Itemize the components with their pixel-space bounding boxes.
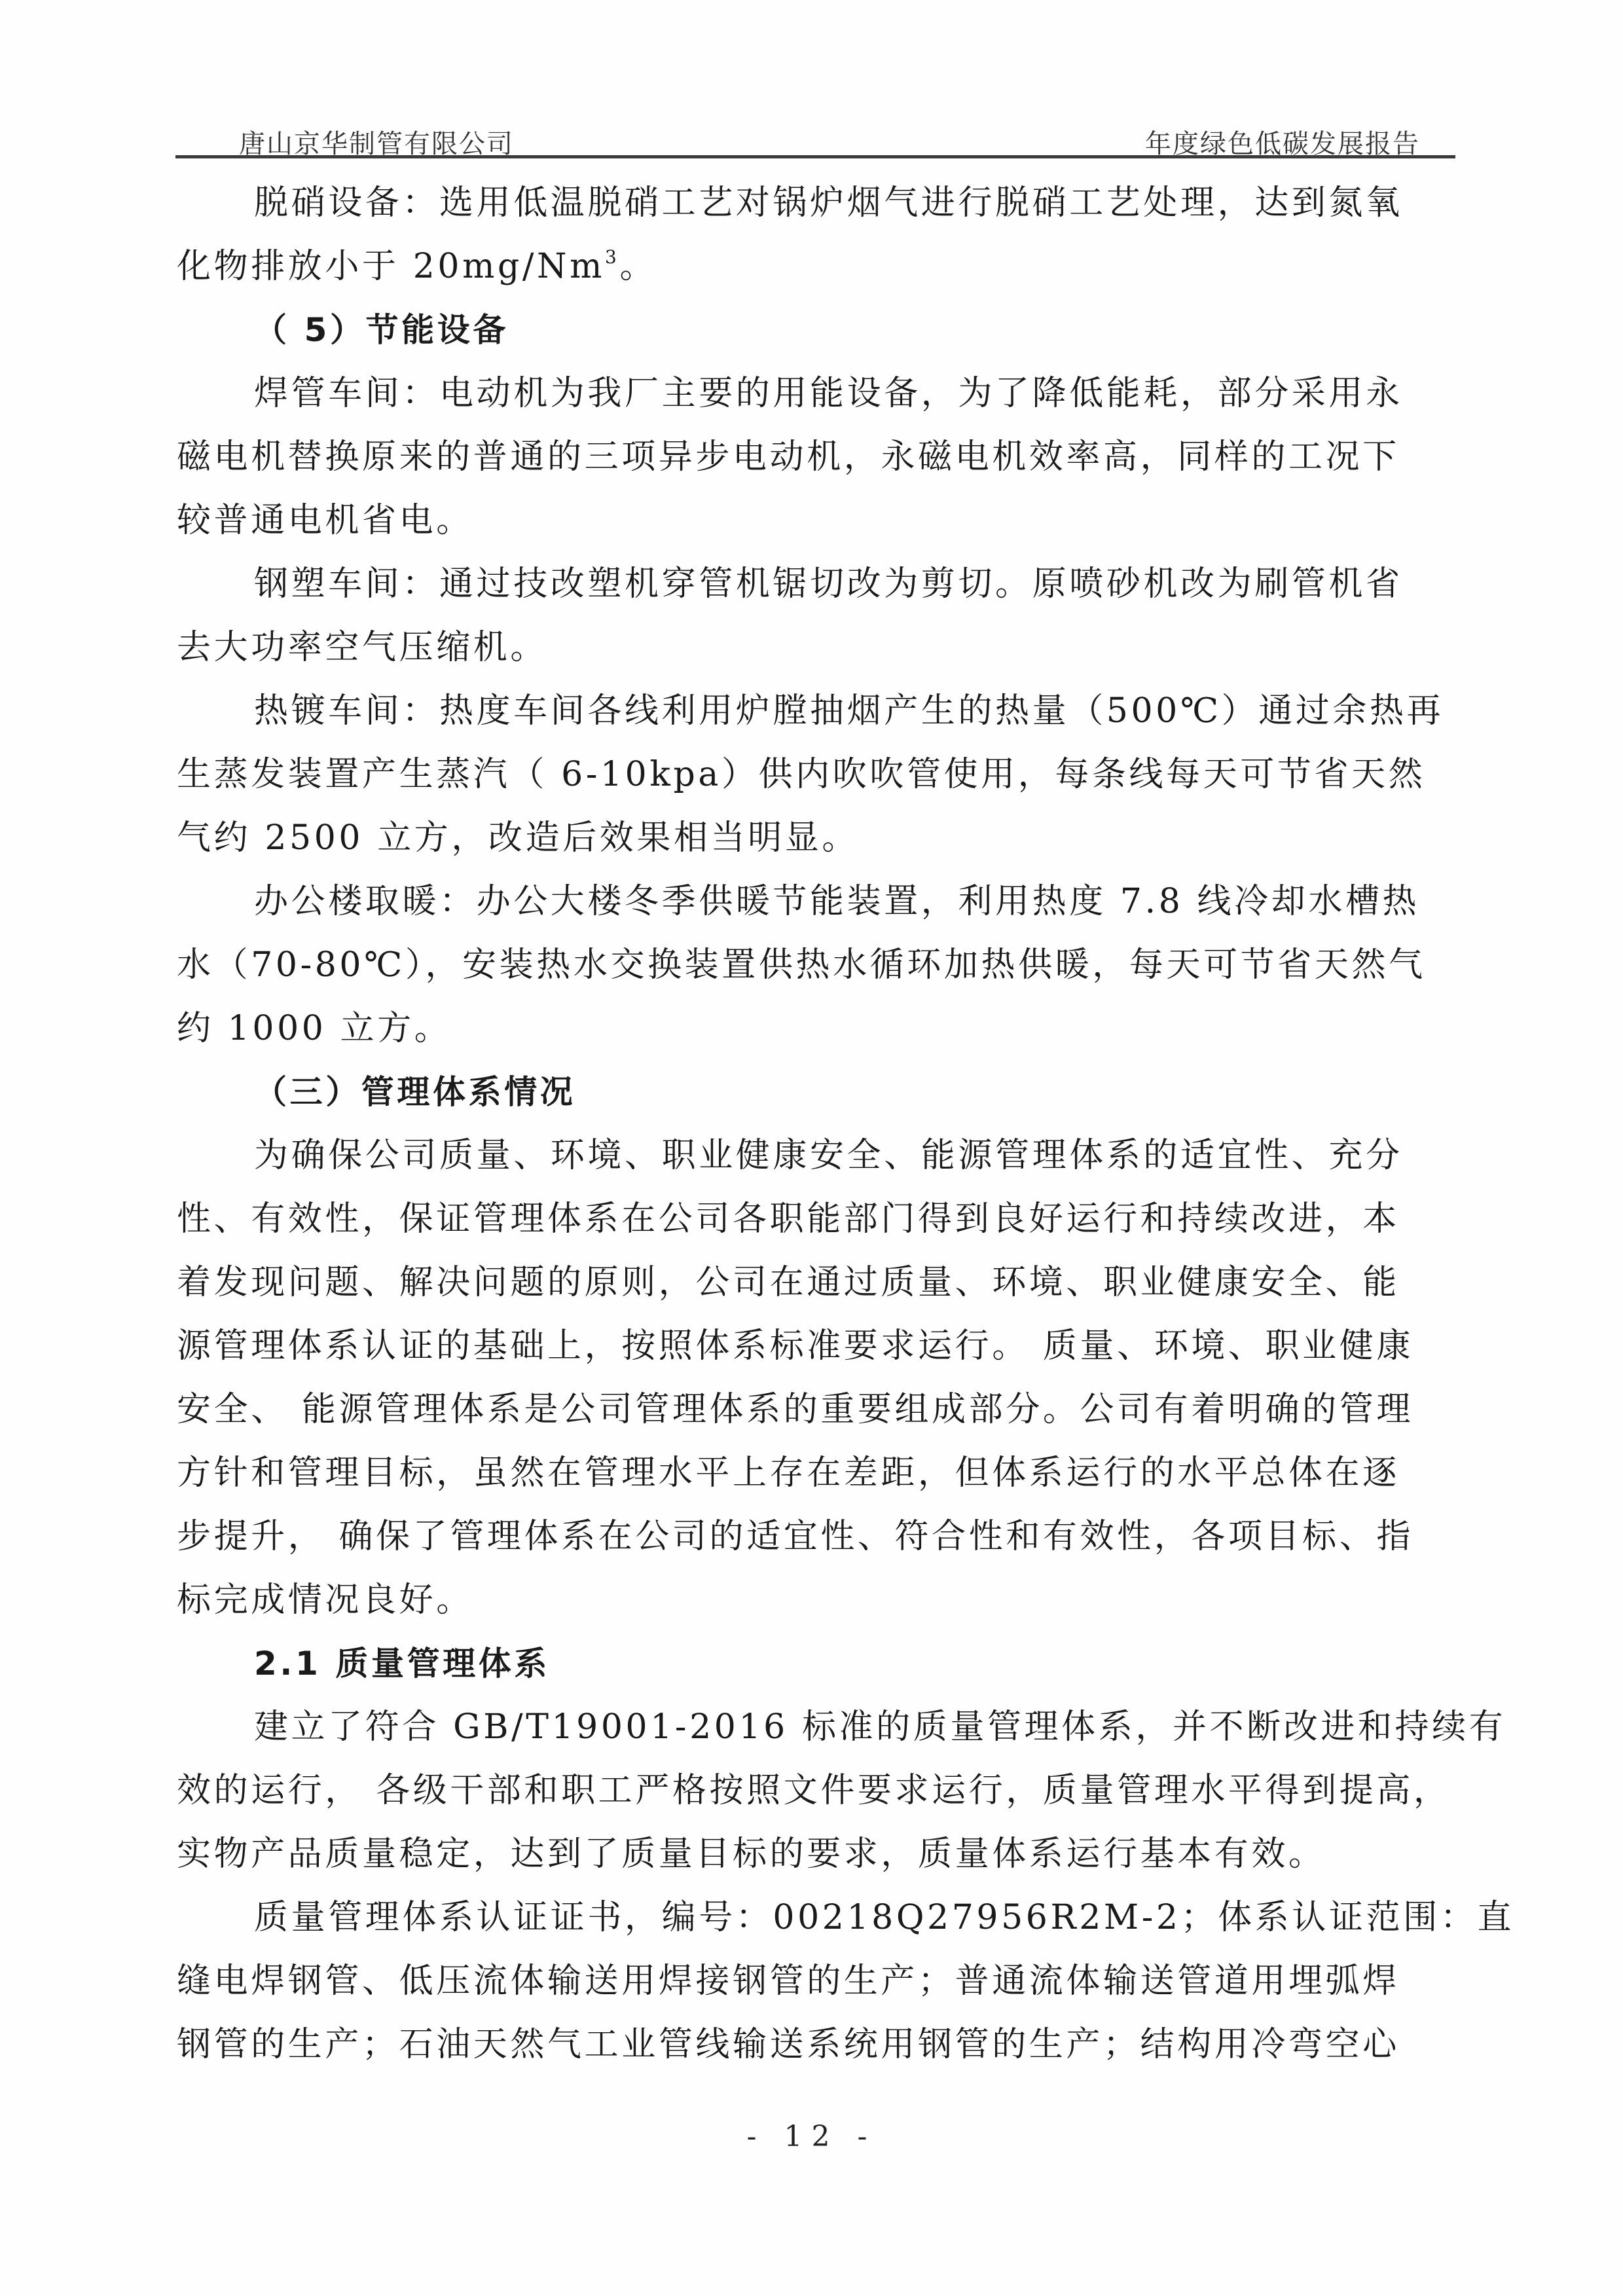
paragraph-line: 去大功率空气压缩机。 — [177, 616, 1447, 680]
superscript: 3 — [605, 246, 619, 268]
paragraph-text: 。 — [619, 247, 657, 286]
paragraph-line: 磁电机替换原来的普通的三项异步电动机，永磁电机效率高，同样的工况下 — [177, 426, 1447, 489]
header-divider — [175, 155, 1455, 158]
paragraph-line: 生蒸发装置产生蒸汽（ 6-10kpa）供内吹吹管使用，每条线每天可节省天然 — [177, 743, 1447, 807]
paragraph-line: 脱硝设备：选用低温脱硝工艺对锅炉烟气进行脱硝工艺处理，达到氮氧 — [177, 172, 1447, 235]
paragraph-line: 安全、 能源管理体系是公司管理体系的重要组成部分。公司有着明确的管理 — [177, 1378, 1447, 1442]
paragraph-line: 实物产品质量稳定，达到了质量目标的要求，质量体系运行基本有效。 — [177, 1823, 1447, 1886]
paragraph-line: 钢塑车间：通过技改塑机穿管机锯切改为剪切。原喷砂机改为刷管机省 — [177, 553, 1447, 616]
page-number: - 12 - — [0, 2120, 1623, 2153]
paragraph-line: 步提升， 确保了管理体系在公司的适宜性、符合性和有效性，各项目标、指 — [177, 1505, 1447, 1569]
paragraph-line: 约 1000 立方。 — [177, 997, 1447, 1061]
paragraph-line: 钢管的生产；石油天然气工业管线输送系统用钢管的生产；结构用冷弯空心 — [177, 2013, 1447, 2077]
paragraph-line: 为确保公司质量、环境、职业健康安全、能源管理体系的适宜性、充分 — [177, 1124, 1447, 1188]
paragraph-line: 办公楼取暖：办公大楼冬季供暖节能装置，利用热度 7.8 线冷却水槽热 — [177, 870, 1447, 934]
document-body: 脱硝设备：选用低温脱硝工艺对锅炉烟气进行脱硝工艺处理，达到氮氧 化物排放小于 2… — [177, 172, 1447, 2077]
paragraph-line: 效的运行， 各级干部和职工严格按照文件要求运行，质量管理水平得到提高， — [177, 1759, 1447, 1823]
section-heading-energy-equipment: （ 5）节能设备 — [177, 299, 1447, 362]
paragraph-line: 焊管车间：电动机为我厂主要的用能设备，为了降低能耗，部分采用永 — [177, 362, 1447, 426]
page-header: 唐山京华制管有限公司 年度绿色低碳发展报告 — [177, 117, 1446, 156]
paragraph-text: 化物排放小于 20mg/Nm — [177, 247, 605, 286]
paragraph-line: 较普通电机省电。 — [177, 489, 1447, 553]
section-heading-management-system: （三）管理体系情况 — [177, 1061, 1447, 1124]
section-heading-quality-system: 2.1 质量管理体系 — [177, 1632, 1447, 1696]
paragraph-line: 方针和管理目标，虽然在管理水平上存在差距，但体系运行的水平总体在逐 — [177, 1442, 1447, 1505]
paragraph-line: 质量管理体系认证证书，编号：00218Q27956R2M-2；体系认证范围：直 — [177, 1886, 1447, 1950]
paragraph-line: 着发现问题、解决问题的原则，公司在通过质量、环境、职业健康安全、能 — [177, 1251, 1447, 1315]
document-page: 唐山京华制管有限公司 年度绿色低碳发展报告 脱硝设备：选用低温脱硝工艺对锅炉烟气… — [0, 0, 1623, 2296]
paragraph-line: 性、有效性，保证管理体系在公司各职能部门得到良好运行和持续改进，本 — [177, 1188, 1447, 1251]
paragraph-line: 热镀车间：热度车间各线利用炉膛抽烟产生的热量（500℃）通过余热再 — [177, 680, 1447, 743]
paragraph-line: 源管理体系认证的基础上，按照体系标准要求运行。 质量、环境、职业健康 — [177, 1315, 1447, 1378]
paragraph-line: 化物排放小于 20mg/Nm3。 — [177, 235, 1447, 299]
paragraph-line: 水（70-80℃），安装热水交换装置供热水循环加热供暖，每天可节省天然气 — [177, 934, 1447, 997]
paragraph-line: 建立了符合 GB/T19001-2016 标准的质量管理体系，并不断改进和持续有 — [177, 1696, 1447, 1759]
paragraph-line: 缝电焊钢管、低压流体输送用焊接钢管的生产；普通流体输送管道用埋弧焊 — [177, 1950, 1447, 2013]
paragraph-line: 气约 2500 立方，改造后效果相当明显。 — [177, 807, 1447, 870]
paragraph-line: 标完成情况良好。 — [177, 1569, 1447, 1632]
